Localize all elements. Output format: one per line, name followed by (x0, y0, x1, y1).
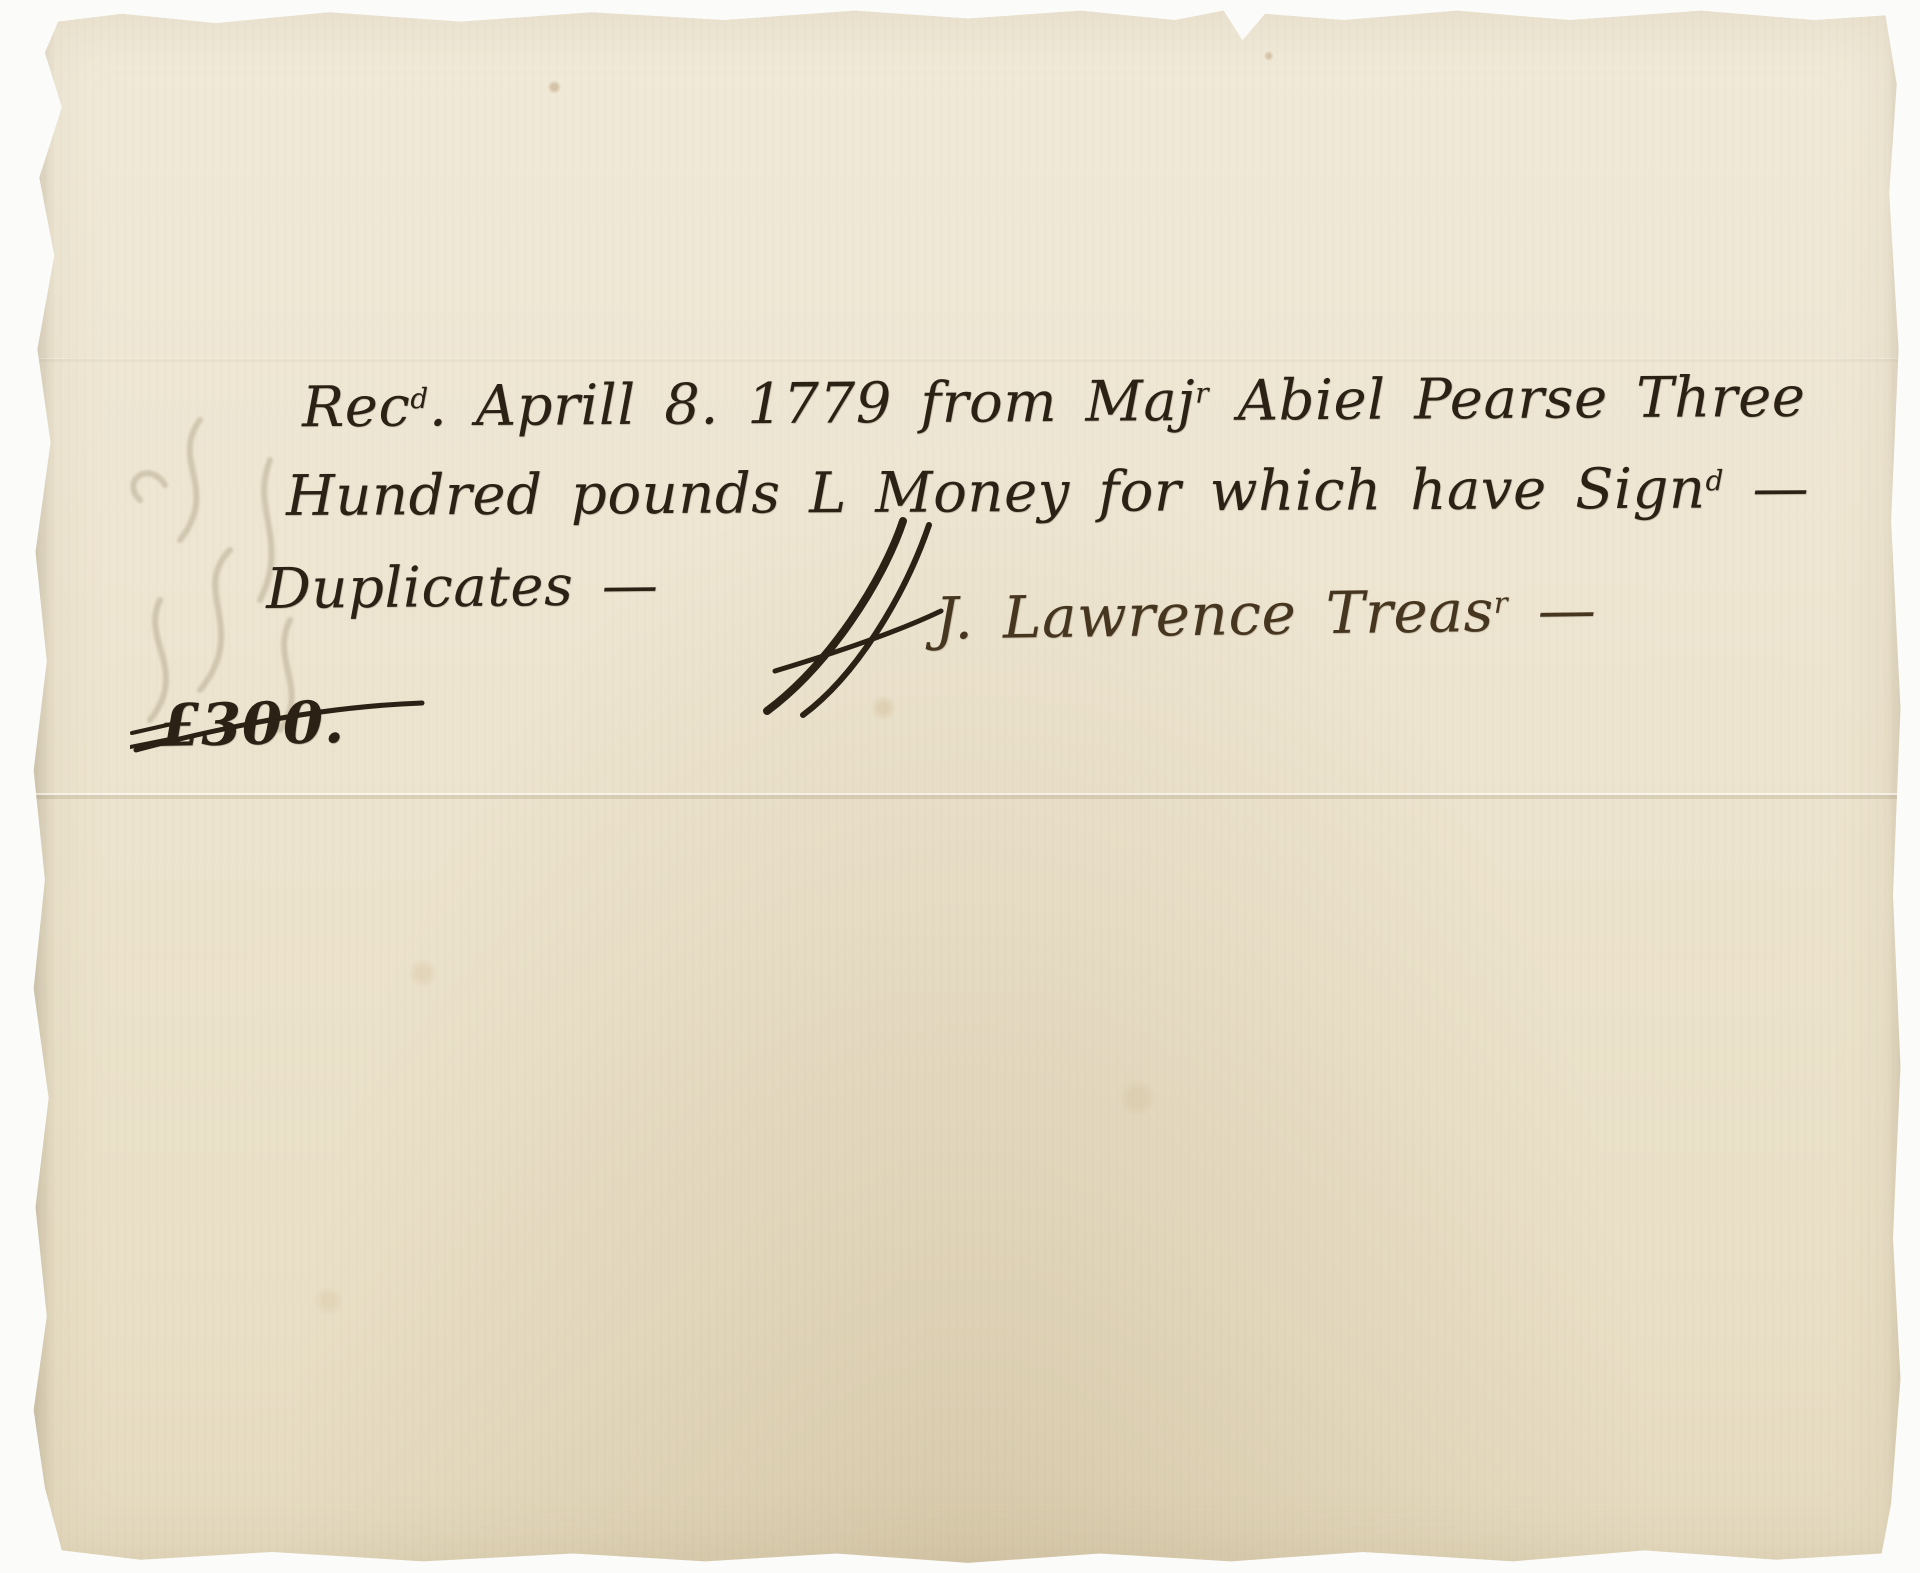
fold-crease (28, 793, 1908, 799)
receipt-line-duplicates: Duplicates — (266, 558, 659, 618)
scanned-document: Recd. Aprill 8. 1779 from Majr Abiel Pea… (0, 0, 1920, 1573)
receipt-line-amount-words: Hundred pounds L Money for which have Si… (286, 461, 1809, 525)
fold-crease-upper (28, 358, 1908, 362)
amount-figure: £300. (159, 693, 345, 755)
receipt-line-date: Recd. Aprill 8. 1779 from Majr Abiel Pea… (302, 370, 1806, 436)
signature: J. Lawrence Treasr — (935, 580, 1597, 647)
signature-flourish (745, 515, 955, 725)
receipt-paper: Recd. Aprill 8. 1779 from Majr Abiel Pea… (28, 6, 1908, 1566)
